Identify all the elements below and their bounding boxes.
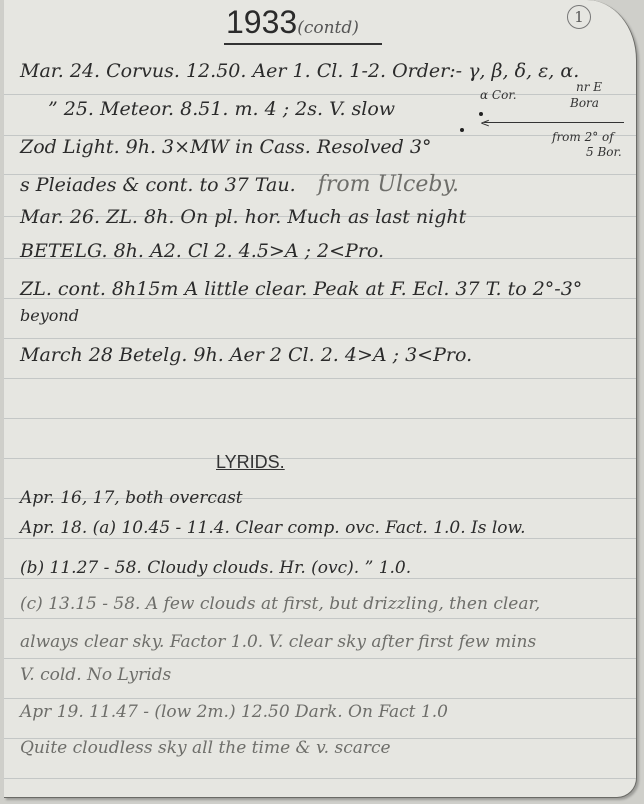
page-number: 1 bbox=[567, 5, 591, 29]
from-label: from 2° of bbox=[552, 130, 614, 144]
lyrids-entry-apr19-cont: Quite cloudless sky all the time & v. sc… bbox=[20, 738, 391, 758]
nr-e-label: nr E bbox=[576, 80, 602, 94]
alpha-cor-label: α Cor. bbox=[480, 88, 517, 102]
entry-mar25: ” 25. Meteor. 8.51. m. 4 ; 2s. V. slow bbox=[48, 98, 395, 120]
lyrids-entry-apr18c: (c) 13.15 - 58. A few clouds at first, b… bbox=[20, 594, 540, 614]
entry-pleiades: s Pleiades & cont. to 37 Tau. from Ulceb… bbox=[20, 172, 459, 197]
arrow-left-icon: < bbox=[480, 116, 490, 130]
bora-label: Bora bbox=[570, 96, 599, 110]
entry-betelg: BETELG. 8h. A2. Cl 2. 4.5>A ; 2<Pro. bbox=[20, 240, 384, 262]
lyrids-entry-apr18c-cont: always clear sky. Factor 1.0. V. clear s… bbox=[20, 632, 536, 652]
entry-mar24: Mar. 24. Corvus. 12.50. Aer 1. Cl. 1-2. … bbox=[20, 60, 579, 82]
from-label-2: 5 Bor. bbox=[586, 145, 622, 159]
location-note: from Ulceby. bbox=[318, 172, 459, 197]
entry-beyond: beyond bbox=[20, 306, 79, 325]
lyrids-entry-apr18a: Apr. 18. (a) 10.45 - 11.4. Clear comp. o… bbox=[20, 518, 525, 538]
lyrids-entry-apr18c-end: V. cold. No Lyrids bbox=[20, 665, 171, 685]
lyrids-entry-apr18b: (b) 11.27 - 58. Cloudy clouds. Hr. (ovc)… bbox=[20, 558, 411, 578]
page-title: 1933(contd) bbox=[226, 4, 359, 41]
entry-zod-light: Zod Light. 9h. 3×MW in Cass. Resolved 3° bbox=[20, 136, 431, 158]
arrow-line bbox=[484, 122, 624, 123]
lyrids-entry-apr19: Apr 19. 11.47 - (low 2m.) 12.50 Dark. On… bbox=[20, 702, 448, 722]
pleiades-text: s Pleiades & cont. to 37 Tau. bbox=[20, 174, 296, 196]
year: 1933 bbox=[226, 4, 297, 40]
notebook-page: 1933(contd) 1 Mar. 24. Corvus. 12.50. Ae… bbox=[4, 0, 637, 798]
continued-label: (contd) bbox=[297, 18, 359, 38]
star-dot bbox=[460, 128, 464, 132]
lyrids-entry-apr16-17: Apr. 16, 17, both overcast bbox=[20, 488, 243, 508]
entry-mar28: March 28 Betelg. 9h. Aer 2 Cl. 2. 4>A ; … bbox=[20, 344, 472, 366]
entry-mar26: Mar. 26. ZL. 8h. On pl. hor. Much as las… bbox=[20, 206, 466, 228]
lyrids-heading: LYRIDS. bbox=[216, 452, 285, 473]
entry-zl: ZL. cont. 8h15m A little clear. Peak at … bbox=[20, 278, 582, 300]
title-underline bbox=[224, 43, 382, 45]
